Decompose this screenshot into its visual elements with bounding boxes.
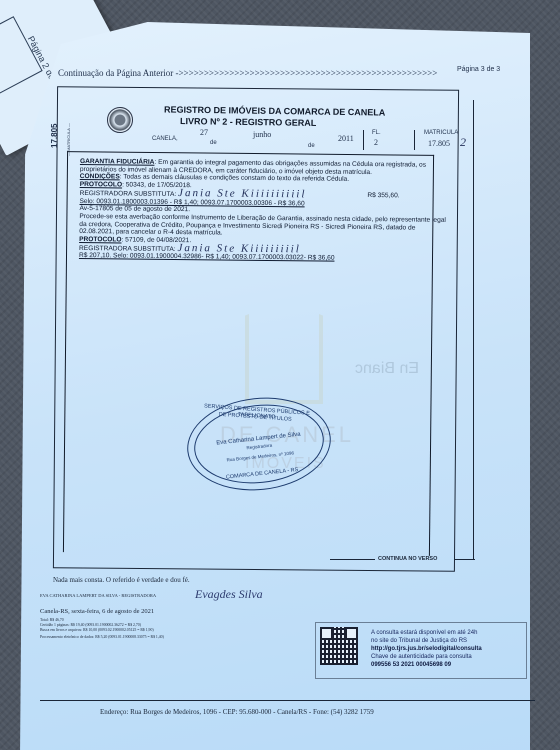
day-value: 27	[200, 128, 208, 137]
date-line: Canela-RS, sexta-feira, 6 de agosto de 2…	[40, 608, 154, 615]
nada-consta: Nada mais consta. O referido é verdade e…	[53, 576, 190, 584]
registry-subtitle: LIVRO Nº 2 - REGISTRO GERAL	[180, 116, 316, 128]
footer-rule	[40, 700, 535, 701]
fee-item: Busca em livros e arquivos: R$ 10,00 (00…	[40, 628, 164, 633]
coat-of-arms-icon	[107, 107, 133, 133]
matricula-label: MATRICULA	[424, 130, 458, 136]
condicoes-label: CONDIÇÕES	[80, 173, 120, 180]
continua-no-verso: CONTINUA NO VERSO	[378, 556, 437, 562]
fl-label: FL.	[372, 130, 381, 136]
city-label: CANELA,	[152, 136, 178, 142]
right-rule	[473, 100, 474, 560]
side-matricula-number: 17.805	[50, 124, 59, 148]
registradora-label-2: REGISTRADORA SUBSTITUTA:	[79, 245, 176, 253]
fees-list: Total: R$ 46,70 Certidão 1 páginas: R$ 1…	[40, 618, 164, 640]
fee-item: Processamento eletrônico de dados: R$ 5,…	[40, 635, 164, 640]
fl-separator	[363, 130, 364, 150]
qr-code-icon[interactable]	[320, 627, 358, 665]
registradora-signature: Evagdes Silva	[195, 587, 263, 602]
page-number: Página 3 de 3	[457, 66, 500, 73]
year-value: 2011	[338, 134, 354, 143]
procede-text: Procede-se esta averbação conforme Instr…	[79, 213, 446, 237]
watermark-logo	[245, 300, 323, 404]
continuation-header: Continuação da Página Anterior ->>>>>>>>…	[58, 68, 437, 78]
consulta-text: A consulta estará disponível em até 24h …	[371, 629, 482, 669]
matricula-value: 17.805	[428, 139, 450, 148]
de-label-2: de	[308, 143, 315, 149]
consulta-line-1: A consulta estará disponível em até 24h	[371, 629, 482, 637]
consulta-key: 099556 53 2021 00045698 09	[371, 661, 482, 669]
amount-1: R$ 355,60.	[367, 192, 399, 200]
protocolo-label-1: PROTOCOLO	[80, 181, 122, 188]
registradora-name: EVA CATHARINA LAMPERT DA SILVA - REGISTR…	[40, 593, 156, 598]
address-footer: Endereço: Rua Borges de Medeiros, 1096 -…	[100, 708, 374, 716]
continua-line-left	[330, 559, 375, 560]
garantia-label: GARANTIA FIDUCIÁRIA	[80, 158, 155, 166]
matricula-handwritten: 2	[460, 135, 468, 150]
month-value: junho	[253, 130, 271, 139]
matricula-separator	[414, 130, 415, 150]
continua-line-right	[455, 559, 475, 560]
protocolo-label-2: PROTOCOLO	[79, 236, 121, 243]
de-label-1: de	[210, 140, 217, 146]
fl-value: 2	[374, 138, 378, 147]
consulta-line-2: no site do Tribunal de Justiça do RS	[371, 637, 482, 645]
watermark-mirrored: En Bianc	[355, 360, 419, 378]
registradora-label-1: REGISTRADORA SUBSTITUTA:	[80, 190, 177, 198]
consulta-line-4: Chave de autenticidade para consulta	[371, 653, 482, 661]
entry-garantia: GARANTIA FIDUCIÁRIA: Em garantia do inte…	[79, 158, 450, 264]
consulta-url[interactable]: http://go.tjrs.jus.br/selodigital/consul…	[371, 645, 482, 653]
